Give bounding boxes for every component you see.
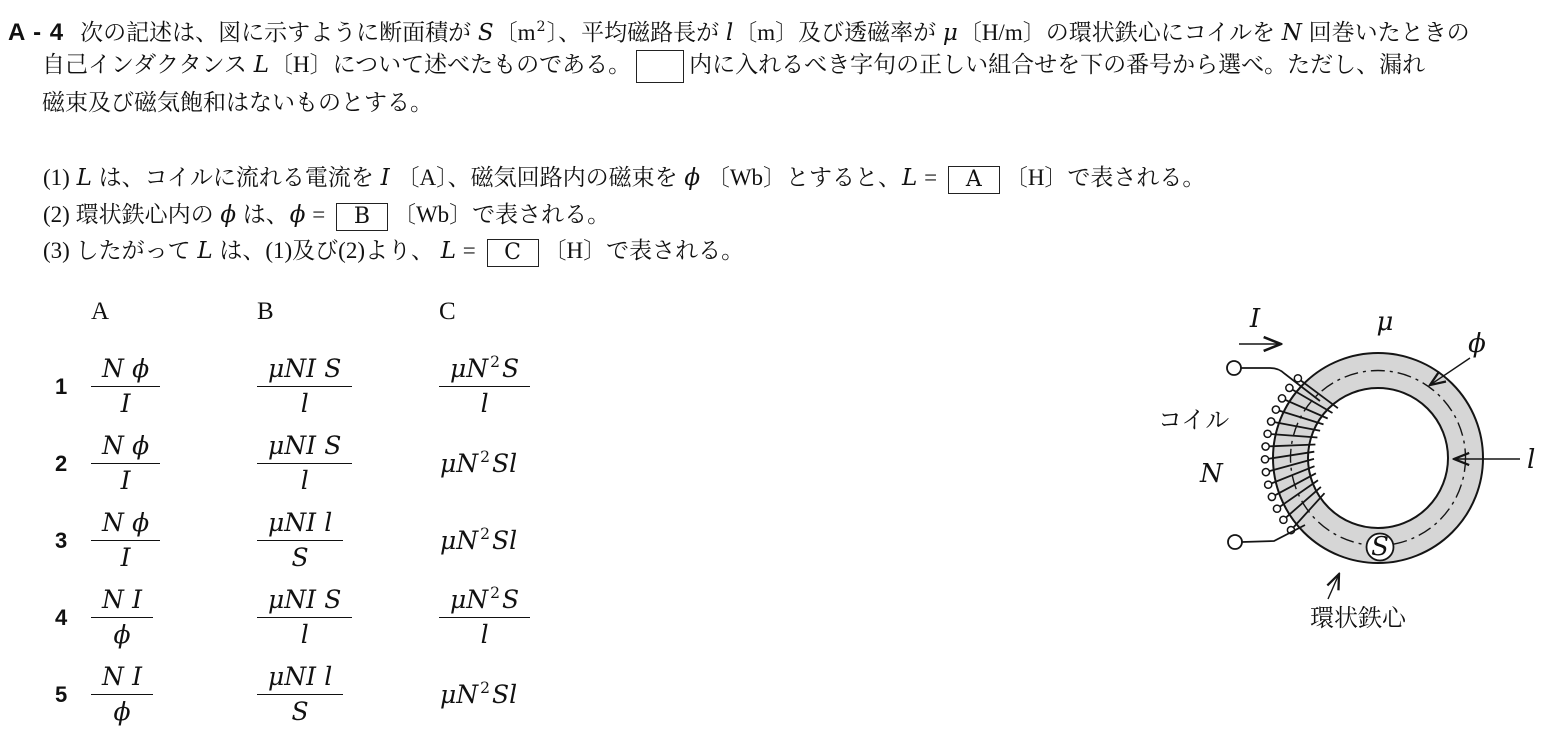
- choice-cell: μN2Sl: [439, 525, 589, 555]
- choice-cell: N ϕI: [91, 355, 257, 419]
- choice-cell: μNI lS: [257, 663, 439, 727]
- choice-number: 2: [55, 451, 91, 477]
- answer-box-b: B: [336, 203, 388, 231]
- area-label: S: [1371, 532, 1389, 562]
- path-length-label: l: [1527, 445, 1535, 475]
- toroid-figure: I μ ϕ コイル N l S 環状鉄心: [1140, 285, 1565, 660]
- choice-cell: μN2Sl: [439, 679, 589, 709]
- choice-cell: μNI Sl: [257, 586, 439, 650]
- choice-row-1: 1N ϕIμNI SlμN2Sl: [55, 348, 589, 425]
- answer-box-c: C: [487, 239, 539, 267]
- permeability-label: μ: [1377, 307, 1394, 337]
- top-terminal: [1227, 361, 1241, 375]
- blank-box: [636, 50, 684, 83]
- bottom-terminal: [1228, 535, 1242, 549]
- statement-2: (2) 環状鉄心内の ϕ は、ϕ = B〔Wb〕で表される。: [43, 198, 610, 232]
- choice-number: 3: [55, 528, 91, 554]
- answer-box-a: A: [948, 166, 1000, 194]
- question-number: A - 4: [8, 19, 64, 46]
- exam-page: A - 4次の記述は、図に示すように断面積が S〔m2〕、平均磁路長が l〔m〕…: [0, 0, 1565, 733]
- question-line-2: 自己インダクタンス L〔H〕について述べたものである。内に入れるべき字句の正しい…: [42, 46, 1425, 84]
- choice-row-4: 4N IϕμNI SlμN2Sl: [55, 579, 589, 656]
- coil-label: コイル: [1158, 408, 1229, 434]
- choices-header-c: C: [439, 298, 589, 326]
- choice-cell: μN2Sl: [439, 448, 589, 478]
- choice-number: 4: [55, 605, 91, 631]
- flux-label: ϕ: [1468, 329, 1486, 359]
- choice-cell: μNI Sl: [257, 432, 439, 496]
- choice-number: 5: [55, 682, 91, 708]
- statement-1: (1) L は、コイルに流れる電流を I 〔A〕、磁気回路内の磁束を ϕ 〔Wb…: [43, 161, 1205, 195]
- choice-row-2: 2N ϕIμNI SlμN2Sl: [55, 425, 589, 502]
- choice-row-3: 3N ϕIμNI lSμN2Sl: [55, 502, 589, 579]
- bottom-lead-wire: [1242, 525, 1305, 542]
- choices-header-b: B: [257, 298, 439, 326]
- choices-header-a: A: [91, 298, 257, 326]
- choice-row-5: 5N IϕμNI lSμN2Sl: [55, 656, 589, 733]
- choice-cell: μNI lS: [257, 509, 439, 573]
- statement-3: (3) したがって L は、(1)及び(2)より、 L = C〔H〕で表される。: [43, 234, 744, 268]
- question-line-3: 磁束及び磁気飽和はないものとする。: [42, 84, 433, 122]
- choice-number: 1: [55, 374, 91, 400]
- core-name-label: 環状鉄心: [1310, 605, 1407, 632]
- choice-cell: N ϕI: [91, 509, 257, 573]
- choice-cell: μNI Sl: [257, 355, 439, 419]
- choice-cell: μN2Sl: [439, 354, 589, 418]
- choice-cell: N ϕI: [91, 432, 257, 496]
- choice-cell: N Iϕ: [91, 586, 257, 650]
- turns-label: N: [1199, 459, 1224, 489]
- choices-table: ABC1N ϕIμNI SlμN2Sl2N ϕIμNI SlμN2Sl3N ϕI…: [55, 298, 589, 733]
- choice-cell: N Iϕ: [91, 663, 257, 727]
- question-text-1: 次の記述は、図に示すように断面積が S〔m2〕、平均磁路長が l〔m〕及び透磁率…: [80, 20, 1470, 45]
- current-label: I: [1249, 304, 1261, 334]
- core-inner-edge: [1308, 388, 1448, 528]
- core-name-arrow: [1328, 574, 1339, 599]
- choice-cell: μN2Sl: [439, 585, 589, 649]
